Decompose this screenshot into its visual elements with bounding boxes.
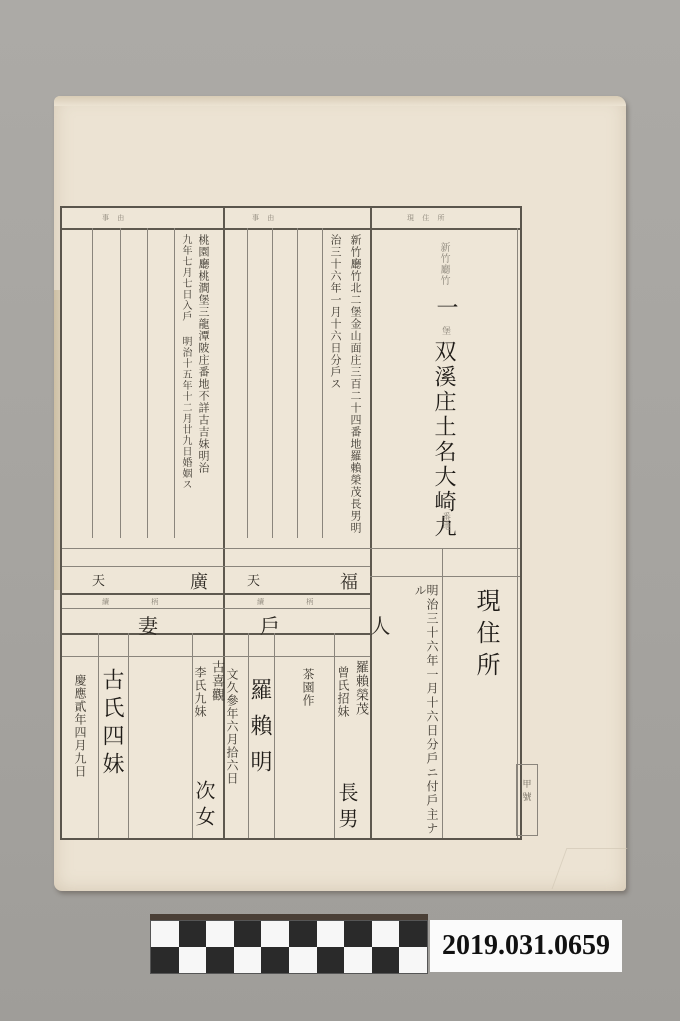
color-scale-bar <box>150 920 428 974</box>
head-name: 羅賴明 <box>248 678 270 786</box>
wife-birth-order: 次女 <box>194 780 214 832</box>
ancestry-middle: 天 <box>247 570 260 589</box>
left-header: 事 由 <box>102 213 127 223</box>
head-birth-order: 長男 <box>337 782 357 834</box>
rule-line <box>120 228 121 538</box>
head-father: 羅賴榮茂 <box>354 660 367 716</box>
wife-name: 古氏四妹 <box>100 668 122 780</box>
head-birth-date: 文久參年六月拾六日 <box>226 668 238 785</box>
column-divider <box>370 208 372 838</box>
rule-line <box>274 633 275 838</box>
right-header: 現 住 所 <box>407 213 447 223</box>
address-district: 一 <box>434 296 456 318</box>
registration-form: 事 由 事 由 現 住 所 桃園廳桃澗堡三龍潭陂庄番地不詳古吉妹明治 九年七月七… <box>60 206 522 840</box>
left-remarks-line2: 九年七月七日入戶 <box>180 234 190 322</box>
rule-line <box>442 548 443 838</box>
rule-line <box>517 228 518 838</box>
relation-label-middle: 續 柄 <box>257 597 333 607</box>
row-rule <box>370 576 520 577</box>
origin-middle: 福 <box>340 568 358 594</box>
middle-header: 事 由 <box>252 213 277 223</box>
head-mother: 曾氏招妹 <box>337 666 349 718</box>
middle-remarks-line2: 治三十六年一月十六日分戶ス <box>330 234 341 390</box>
middle-remarks-line1: 新竹廳竹北二堡金山面庄三百二十四番地羅賴榮茂長男明 <box>350 234 361 534</box>
rule-line <box>174 228 175 538</box>
rule-line <box>322 228 323 538</box>
paper-top-edge <box>54 96 626 106</box>
residence-title: 現住所 <box>474 588 498 684</box>
address-district-suffix: 堡 <box>440 326 449 335</box>
rule-line <box>92 228 93 538</box>
head-occupation: 茶園作 <box>302 668 314 707</box>
catalog-label: 2019.031.0659 <box>430 920 622 972</box>
row-rule <box>62 566 370 567</box>
ancestry-left: 天 <box>92 570 105 589</box>
wife-father: 古喜觀 <box>210 660 223 702</box>
row-rule <box>62 608 370 609</box>
row-rule <box>62 593 370 595</box>
rule-line <box>247 228 248 538</box>
relation-left: 妻 <box>138 610 158 639</box>
residence-note: 明治三十六年一月十六日分戶ニ付戶主ナル <box>414 584 438 838</box>
form-number: 甲 號 <box>517 777 537 803</box>
rule-line <box>147 228 148 538</box>
form-number-box: 甲 號 <box>516 764 538 836</box>
header-rule <box>62 228 520 230</box>
row-rule <box>62 656 370 657</box>
rule-line <box>128 633 129 838</box>
rule-line <box>297 228 298 538</box>
address-prefix: 新竹廳竹 <box>438 242 448 286</box>
relation-middle: 戶 人 <box>260 610 432 639</box>
origin-left: 廣 <box>190 568 208 594</box>
rule-line <box>272 228 273 538</box>
relation-label-left: 續 柄 <box>102 597 178 607</box>
row-rule <box>62 548 520 549</box>
left-remarks-line3: 明治十五年十二月廿九日婚姻ス <box>180 336 190 490</box>
wife-birth-date: 慶應貳年四月九日 <box>74 674 86 778</box>
left-remarks-line1: 桃園廳桃澗堡三龍潭陂庄番地不詳古吉妹明治 <box>198 234 209 474</box>
wife-mother: 李氏九妹 <box>194 666 206 718</box>
address-main: 双溪庄土名大崎九 <box>432 340 454 540</box>
address-suffix: 番地 <box>440 512 449 530</box>
